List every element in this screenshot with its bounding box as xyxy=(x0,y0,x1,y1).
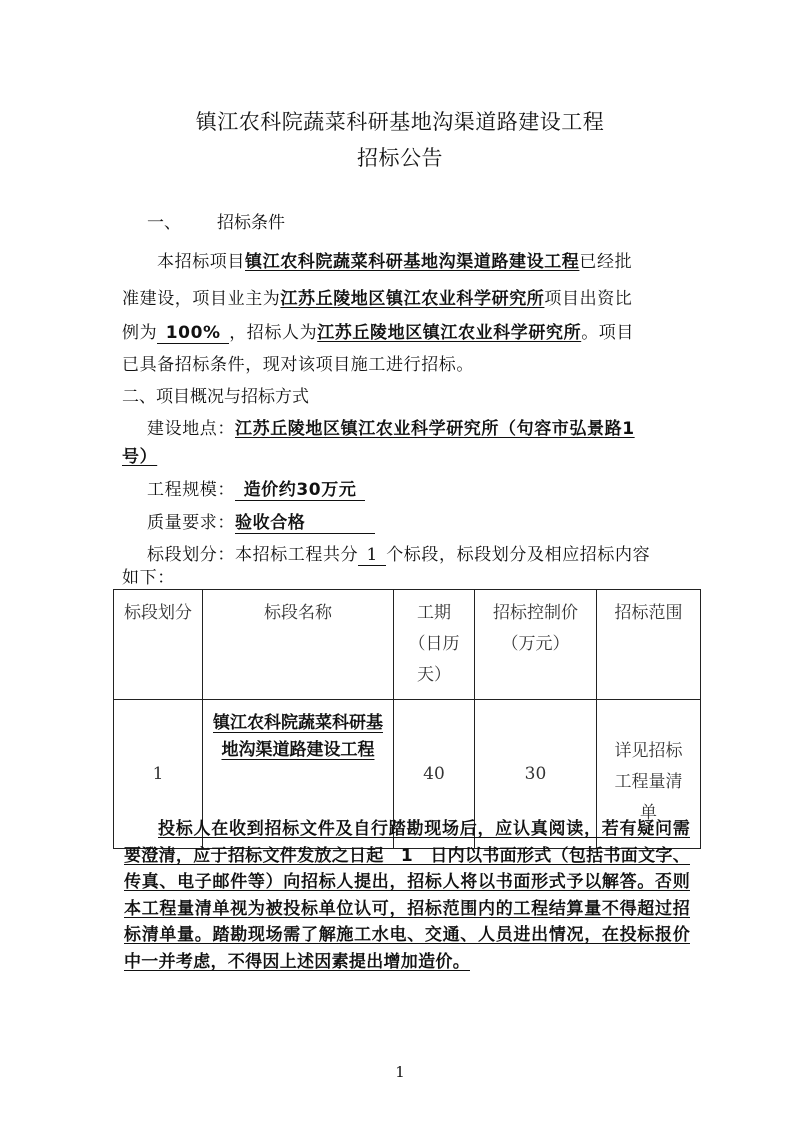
section1-heading: 一、招标条件 xyxy=(147,208,285,233)
tenderer: 江苏丘陵地区镇江农业科学研究所 xyxy=(317,323,581,343)
section2-heading: 二、项目概况与招标方式 xyxy=(122,382,309,407)
quality-value: 验收合格 xyxy=(235,513,375,534)
project-name: 镇江农科院蔬菜科研基地沟渠道路建设工程 xyxy=(245,252,579,272)
header-name: 标段名称 xyxy=(203,590,394,700)
table-header-row: 标段划分 标段名称 工期（日历天） 招标控制价（万元） 招标范围 xyxy=(114,590,701,700)
location-line1: 建设地点：江苏丘陵地区镇江农业科学研究所（句容市弘景路1 xyxy=(147,414,635,439)
document-title: 镇江农科院蔬菜科研基地沟渠道路建设工程 xyxy=(0,106,800,136)
lots-line: 标段划分：本招标工程共分1个标段，标段划分及相应招标内容 xyxy=(147,540,650,566)
page-number: 1 xyxy=(0,1063,800,1081)
section1-line4: 已具备招标条件，现对该项目施工进行招标。 xyxy=(122,350,474,375)
section1-line3: 例为100%，招标人为江苏丘陵地区镇江农业科学研究所。项目 xyxy=(122,318,634,344)
header-price: 招标控制价（万元） xyxy=(475,590,597,700)
lots-table: 标段划分 标段名称 工期（日历天） 招标控制价（万元） 招标范围 1 镇江农科院… xyxy=(113,589,701,849)
header-duration: 工期（日历天） xyxy=(394,590,475,700)
section1-line1: 本招标项目镇江农科院蔬菜科研基地沟渠道路建设工程已经批 xyxy=(157,247,632,272)
location-value: 江苏丘陵地区镇江农业科学研究所（句容市弘景路1 xyxy=(235,419,635,439)
location-line2: 号） xyxy=(122,442,157,467)
lots-line2: 如下： xyxy=(122,563,175,588)
section1-line2: 准建设，项目业主为江苏丘陵地区镇江农业科学研究所项目出资比 xyxy=(122,284,632,309)
header-lot: 标段划分 xyxy=(114,590,203,700)
scale-label: 工程规模： xyxy=(147,480,235,500)
scale-line: 工程规模：造价约30万元 xyxy=(147,475,365,501)
section1-title: 招标条件 xyxy=(217,213,285,233)
header-scope: 招标范围 xyxy=(597,590,701,700)
notice-paragraph: 投标人在收到招标文件及自行踏勘现场后，应认真阅读，若有疑问需要澄清，应于招标文件… xyxy=(124,816,690,975)
scale-value: 造价约30万元 xyxy=(235,480,365,501)
section1-number: 一、 xyxy=(147,213,181,233)
lots-count: 1 xyxy=(358,545,386,566)
project-owner: 江苏丘陵地区镇江农业科学研究所 xyxy=(280,289,544,309)
quality-line: 质量要求：验收合格 xyxy=(147,508,375,534)
quality-label: 质量要求： xyxy=(147,513,235,533)
funding-ratio: 100% xyxy=(157,323,229,344)
location-label: 建设地点： xyxy=(147,419,235,439)
document-subtitle: 招标公告 xyxy=(0,142,800,172)
